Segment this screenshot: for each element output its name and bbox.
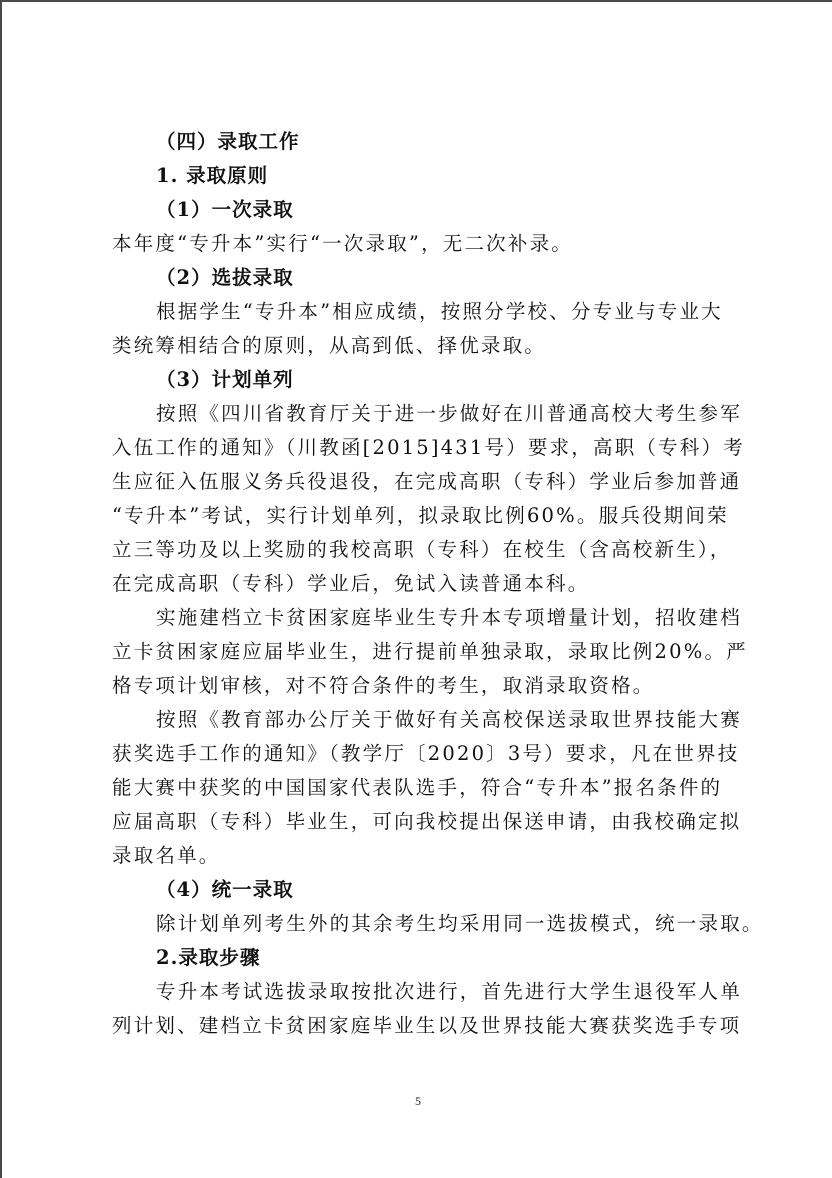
paragraph-line: 专升本考试选拔录取按批次进行，首先进行大学生退役军人单: [112, 975, 724, 1009]
item-heading-one-time-admission: （1）一次录取: [112, 193, 724, 227]
paragraph-line: 立三等功及以上奖励的我校高职（专科）在校生（含高校新生），: [112, 533, 724, 567]
paragraph-line: “专升本”考试，实行计划单列，拟录取比例60%。服兵役期间荣: [112, 499, 724, 533]
paragraph-line: 按照《四川省教育厅关于进一步做好在川普通高校大考生参军: [112, 397, 724, 431]
document-page: （四）录取工作 1. 录取原则 （1）一次录取 本年度“专升本”实行“一次录取”…: [0, 0, 832, 1178]
paragraph-line: 除计划单列考生外的其余考生均采用同一选拔模式，统一录取。: [112, 907, 724, 941]
page-content: （四）录取工作 1. 录取原则 （1）一次录取 本年度“专升本”实行“一次录取”…: [112, 125, 724, 1043]
paragraph-line: 录取名单。: [112, 839, 724, 873]
paragraph-line: 入伍工作的通知》（川教函[2015]431号）要求，高职（专科）考: [112, 431, 724, 465]
paragraph-line: 本年度“专升本”实行“一次录取”，无二次补录。: [112, 227, 724, 261]
paragraph-line: 实施建档立卡贫困家庭毕业生专升本专项增量计划，招收建档: [112, 601, 724, 635]
section-heading: （四）录取工作: [112, 125, 724, 159]
paragraph-line: 立卡贫困家庭应届毕业生，进行提前单独录取，录取比例20%。严: [112, 635, 724, 669]
item-heading-separate-plan: （3）计划单列: [112, 363, 724, 397]
page-number: 5: [2, 1094, 832, 1109]
paragraph-line: 列计划、建档立卡贫困家庭毕业生以及世界技能大赛获奖选手专项: [112, 1009, 724, 1043]
item-heading-unified-admission: （4）统一录取: [112, 873, 724, 907]
paragraph-line: 按照《教育部办公厅关于做好有关高校保送录取世界技能大赛: [112, 703, 724, 737]
paragraph-line: 类统筹相结合的原则，从高到低、择优录取。: [112, 329, 724, 363]
paragraph-line: 应届高职（专科）毕业生，可向我校提出保送申请，由我校确定拟: [112, 805, 724, 839]
subsection-heading-admission-principles: 1. 录取原则: [112, 159, 724, 193]
paragraph-line: 生应征入伍服义务兵役退役，在完成高职（专科）学业后参加普通: [112, 465, 724, 499]
paragraph-line: 格专项计划审核，对不符合条件的考生，取消录取资格。: [112, 669, 724, 703]
item-heading-selective-admission: （2）选拔录取: [112, 261, 724, 295]
subsection-heading-admission-steps: 2.录取步骤: [112, 941, 724, 975]
paragraph-line: 在完成高职（专科）学业后，免试入读普通本科。: [112, 567, 724, 601]
paragraph-line: 根据学生“专升本”相应成绩，按照分学校、分专业与专业大: [112, 295, 724, 329]
paragraph-line: 能大赛中获奖的中国国家代表队选手，符合“专升本”报名条件的: [112, 771, 724, 805]
paragraph-line: 获奖选手工作的通知》（教学厅〔2020〕3号）要求，凡在世界技: [112, 737, 724, 771]
